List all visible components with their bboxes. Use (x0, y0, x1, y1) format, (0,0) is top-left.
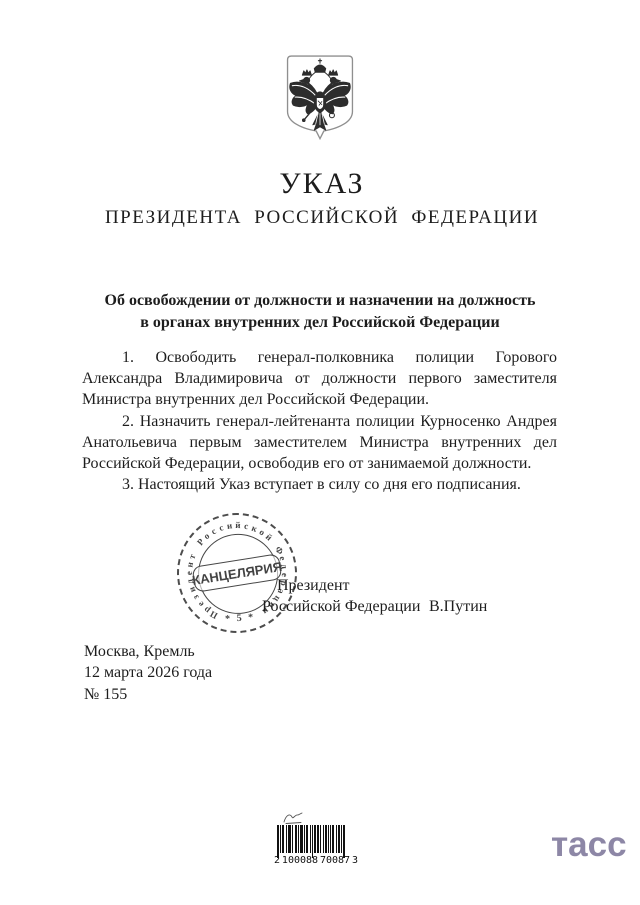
number-line: № 155 (84, 684, 212, 705)
barcode: 2100088700873 (274, 812, 360, 866)
stamp-rotated-group: Президент Российской Федерации * 5 * КАН… (173, 509, 301, 637)
barcode-digit-group: 100088 (282, 855, 318, 866)
barcode-bar (343, 825, 345, 858)
signature-role-line1: Президент (277, 576, 350, 595)
signature-role-line2: Российской Федерации (262, 597, 420, 616)
barcode-digits: 2100088700873 (274, 855, 358, 866)
barcode-bar (292, 825, 293, 853)
decree-paragraph-2: 2. Назначить генерал-лейтенанта полиции … (82, 411, 557, 475)
barcode-digit-group: 3 (352, 855, 358, 866)
pen-scribble-mark (282, 812, 308, 825)
decree-heading: УКАЗ (0, 169, 640, 199)
decree-subject-line1: Об освобождении от должности и назначени… (81, 290, 559, 312)
barcode-bar (325, 825, 327, 853)
decree-paragraph-3: 3. Настоящий Указ вступает в силу со дня… (82, 474, 557, 495)
barcode-bar (288, 825, 291, 853)
decree-subject-line2: в органах внутренних дел Российской Феде… (81, 312, 559, 334)
barcode-bar (286, 825, 287, 853)
barcode-bar (332, 825, 334, 853)
place-date-block: Москва, Кремль 12 марта 2026 года № 155 (84, 641, 212, 705)
barcode-bar (323, 825, 324, 853)
coat-of-arms-svg (278, 52, 362, 148)
date-line: 12 марта 2026 года (84, 662, 212, 683)
place-line: Москва, Кремль (84, 641, 212, 662)
russian-coat-of-arms-icon (278, 52, 362, 148)
decree-subject: Об освобождении от должности и назначени… (81, 290, 559, 333)
decree-paragraph-1: 1. Освободить генерал-полковника полиции… (82, 347, 557, 411)
barcode-bar (328, 825, 329, 853)
barcode-bars (277, 825, 360, 859)
barcode-bar (277, 825, 279, 858)
barcode-bar (300, 825, 303, 853)
stamp-ring-char: й (235, 520, 240, 530)
barcode-bar (314, 825, 316, 853)
issuer-heading: ПРЕЗИДЕНТА РОССИЙСКОЙ ФЕДЕРАЦИИ (0, 208, 640, 227)
signature-name: В.Путин (429, 597, 487, 616)
barcode-bar (282, 825, 284, 853)
barcode-bar (280, 825, 281, 853)
barcode-bar (312, 825, 313, 858)
barcode-bar (310, 825, 311, 853)
barcode-bar (320, 825, 321, 853)
barcode-bar (317, 825, 319, 853)
barcode-digit-group: 70087 (320, 855, 350, 866)
barcode-bar (304, 825, 305, 853)
barcode-bar (298, 825, 299, 853)
barcode-bar (341, 825, 342, 853)
tass-watermark: тасс (551, 827, 627, 862)
barcode-bar (306, 825, 308, 853)
barcode-bar (336, 825, 337, 853)
decree-body: 1. Освободить генерал-полковника полиции… (82, 347, 557, 495)
decree-page: { "document": { "emblem_name": "russian-… (0, 0, 640, 905)
barcode-bar (330, 825, 331, 853)
barcode-bar (295, 825, 297, 853)
barcode-digit-group: 2 (274, 855, 280, 866)
barcode-bar (338, 825, 340, 853)
